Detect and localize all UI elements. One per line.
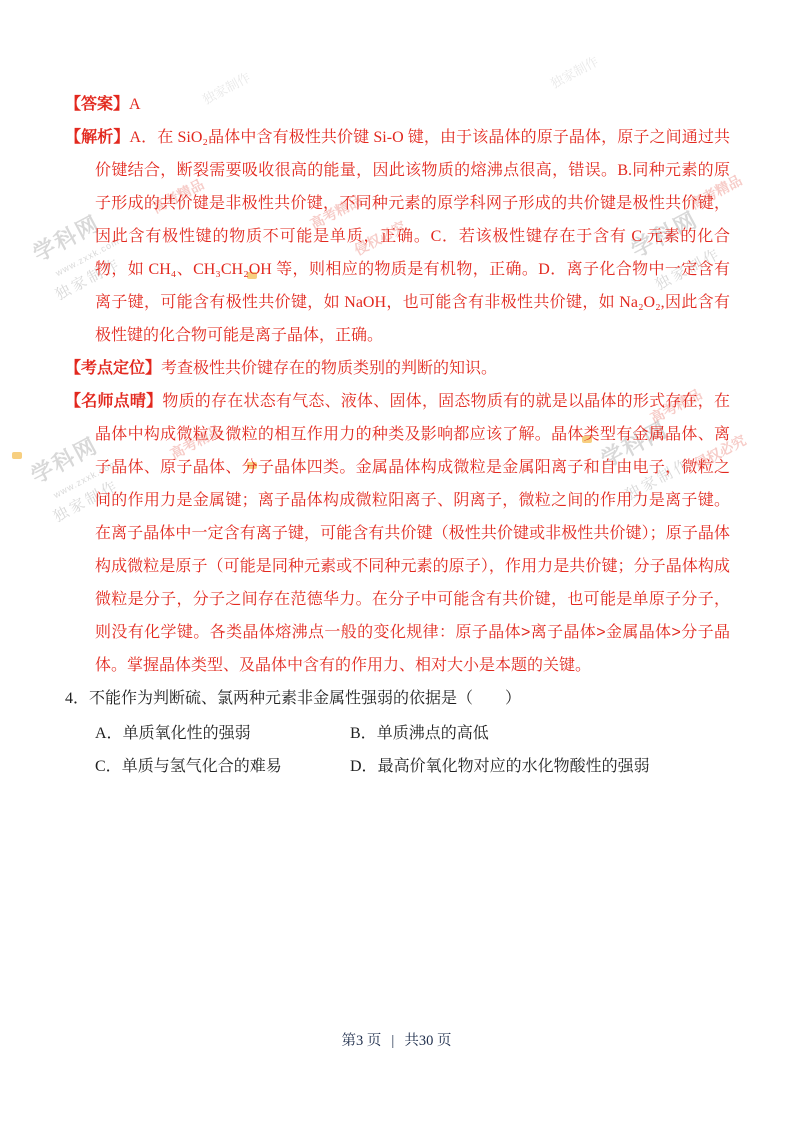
question-line: 4．不能作为判断硫、氯两种元素非金属性强弱的依据是（ ）	[65, 682, 730, 715]
option-d-letter: D．	[350, 758, 378, 775]
document-page: 独家制作 独家制作 学科网 www.zxxk.com 独家制作 高考精品 高考精…	[0, 0, 793, 1122]
teacher-note-text: 物质的存在状态有气态、液体、固体，固态物质有的就是以晶体的形式存在，在晶体中构成…	[95, 393, 730, 674]
question-number: 4．	[65, 690, 89, 707]
exam-point-text: 考查极性共价键存在的物质类别的判断的知识。	[161, 360, 497, 377]
option-a: A．单质氧化性的强弱	[95, 717, 350, 750]
footer-separator: |	[391, 1033, 394, 1049]
option-c: C．单质与氢气化合的难易	[95, 750, 350, 783]
footer-page-number: 第3 页	[342, 1033, 382, 1049]
question-text: 不能作为判断硫、氯两种元素非金属性强弱的依据是（ ）	[89, 690, 521, 707]
watermark-made-text: 独家制作	[547, 51, 602, 92]
option-b-letter: B．	[350, 725, 377, 742]
answer-line: 【答案】A	[65, 88, 730, 121]
options-grid: A．单质氧化性的强弱 B．单质沸点的高低 C．单质与氢气化合的难易 D．最高价氧…	[65, 717, 730, 783]
answer-label: 【答案】	[65, 96, 129, 113]
analysis-text: A．在 SiO₂晶体中含有极性共价键 Si-O 键，由于该晶体的原子晶体，原子之…	[95, 129, 730, 344]
analysis-paragraph: 【解析】A．在 SiO₂晶体中含有极性共价键 Si-O 键，由于该晶体的原子晶体…	[65, 121, 730, 352]
answer-value: A	[129, 96, 141, 113]
option-b: B．单质沸点的高低	[350, 717, 730, 750]
option-a-text: 单质氧化性的强弱	[123, 725, 251, 742]
exam-point-paragraph: 【考点定位】考查极性共价键存在的物质类别的判断的知识。	[65, 352, 730, 385]
teacher-note-paragraph: 【名师点晴】物质的存在状态有气态、液体、固体，固态物质有的就是以晶体的形式存在，…	[65, 385, 730, 682]
page-footer: 第3 页|共30 页	[0, 1029, 793, 1050]
option-d-text: 最高价氧化物对应的水化物酸性的强弱	[378, 758, 650, 775]
exam-point-label: 【考点定位】	[65, 360, 161, 377]
document-content: 【答案】A 【解析】A．在 SiO₂晶体中含有极性共价键 Si-O 键，由于该晶…	[65, 88, 730, 783]
xkw-logo-icon	[12, 452, 22, 459]
teacher-note-label: 【名师点晴】	[65, 393, 162, 410]
option-a-letter: A．	[95, 725, 123, 742]
option-b-text: 单质沸点的高低	[377, 725, 489, 742]
option-c-text: 单质与氢气化合的难易	[122, 758, 282, 775]
option-c-letter: C．	[95, 758, 122, 775]
footer-total-pages: 共30 页	[404, 1033, 451, 1049]
option-d: D．最高价氧化物对应的水化物酸性的强弱	[350, 750, 730, 783]
analysis-label: 【解析】	[65, 129, 129, 146]
